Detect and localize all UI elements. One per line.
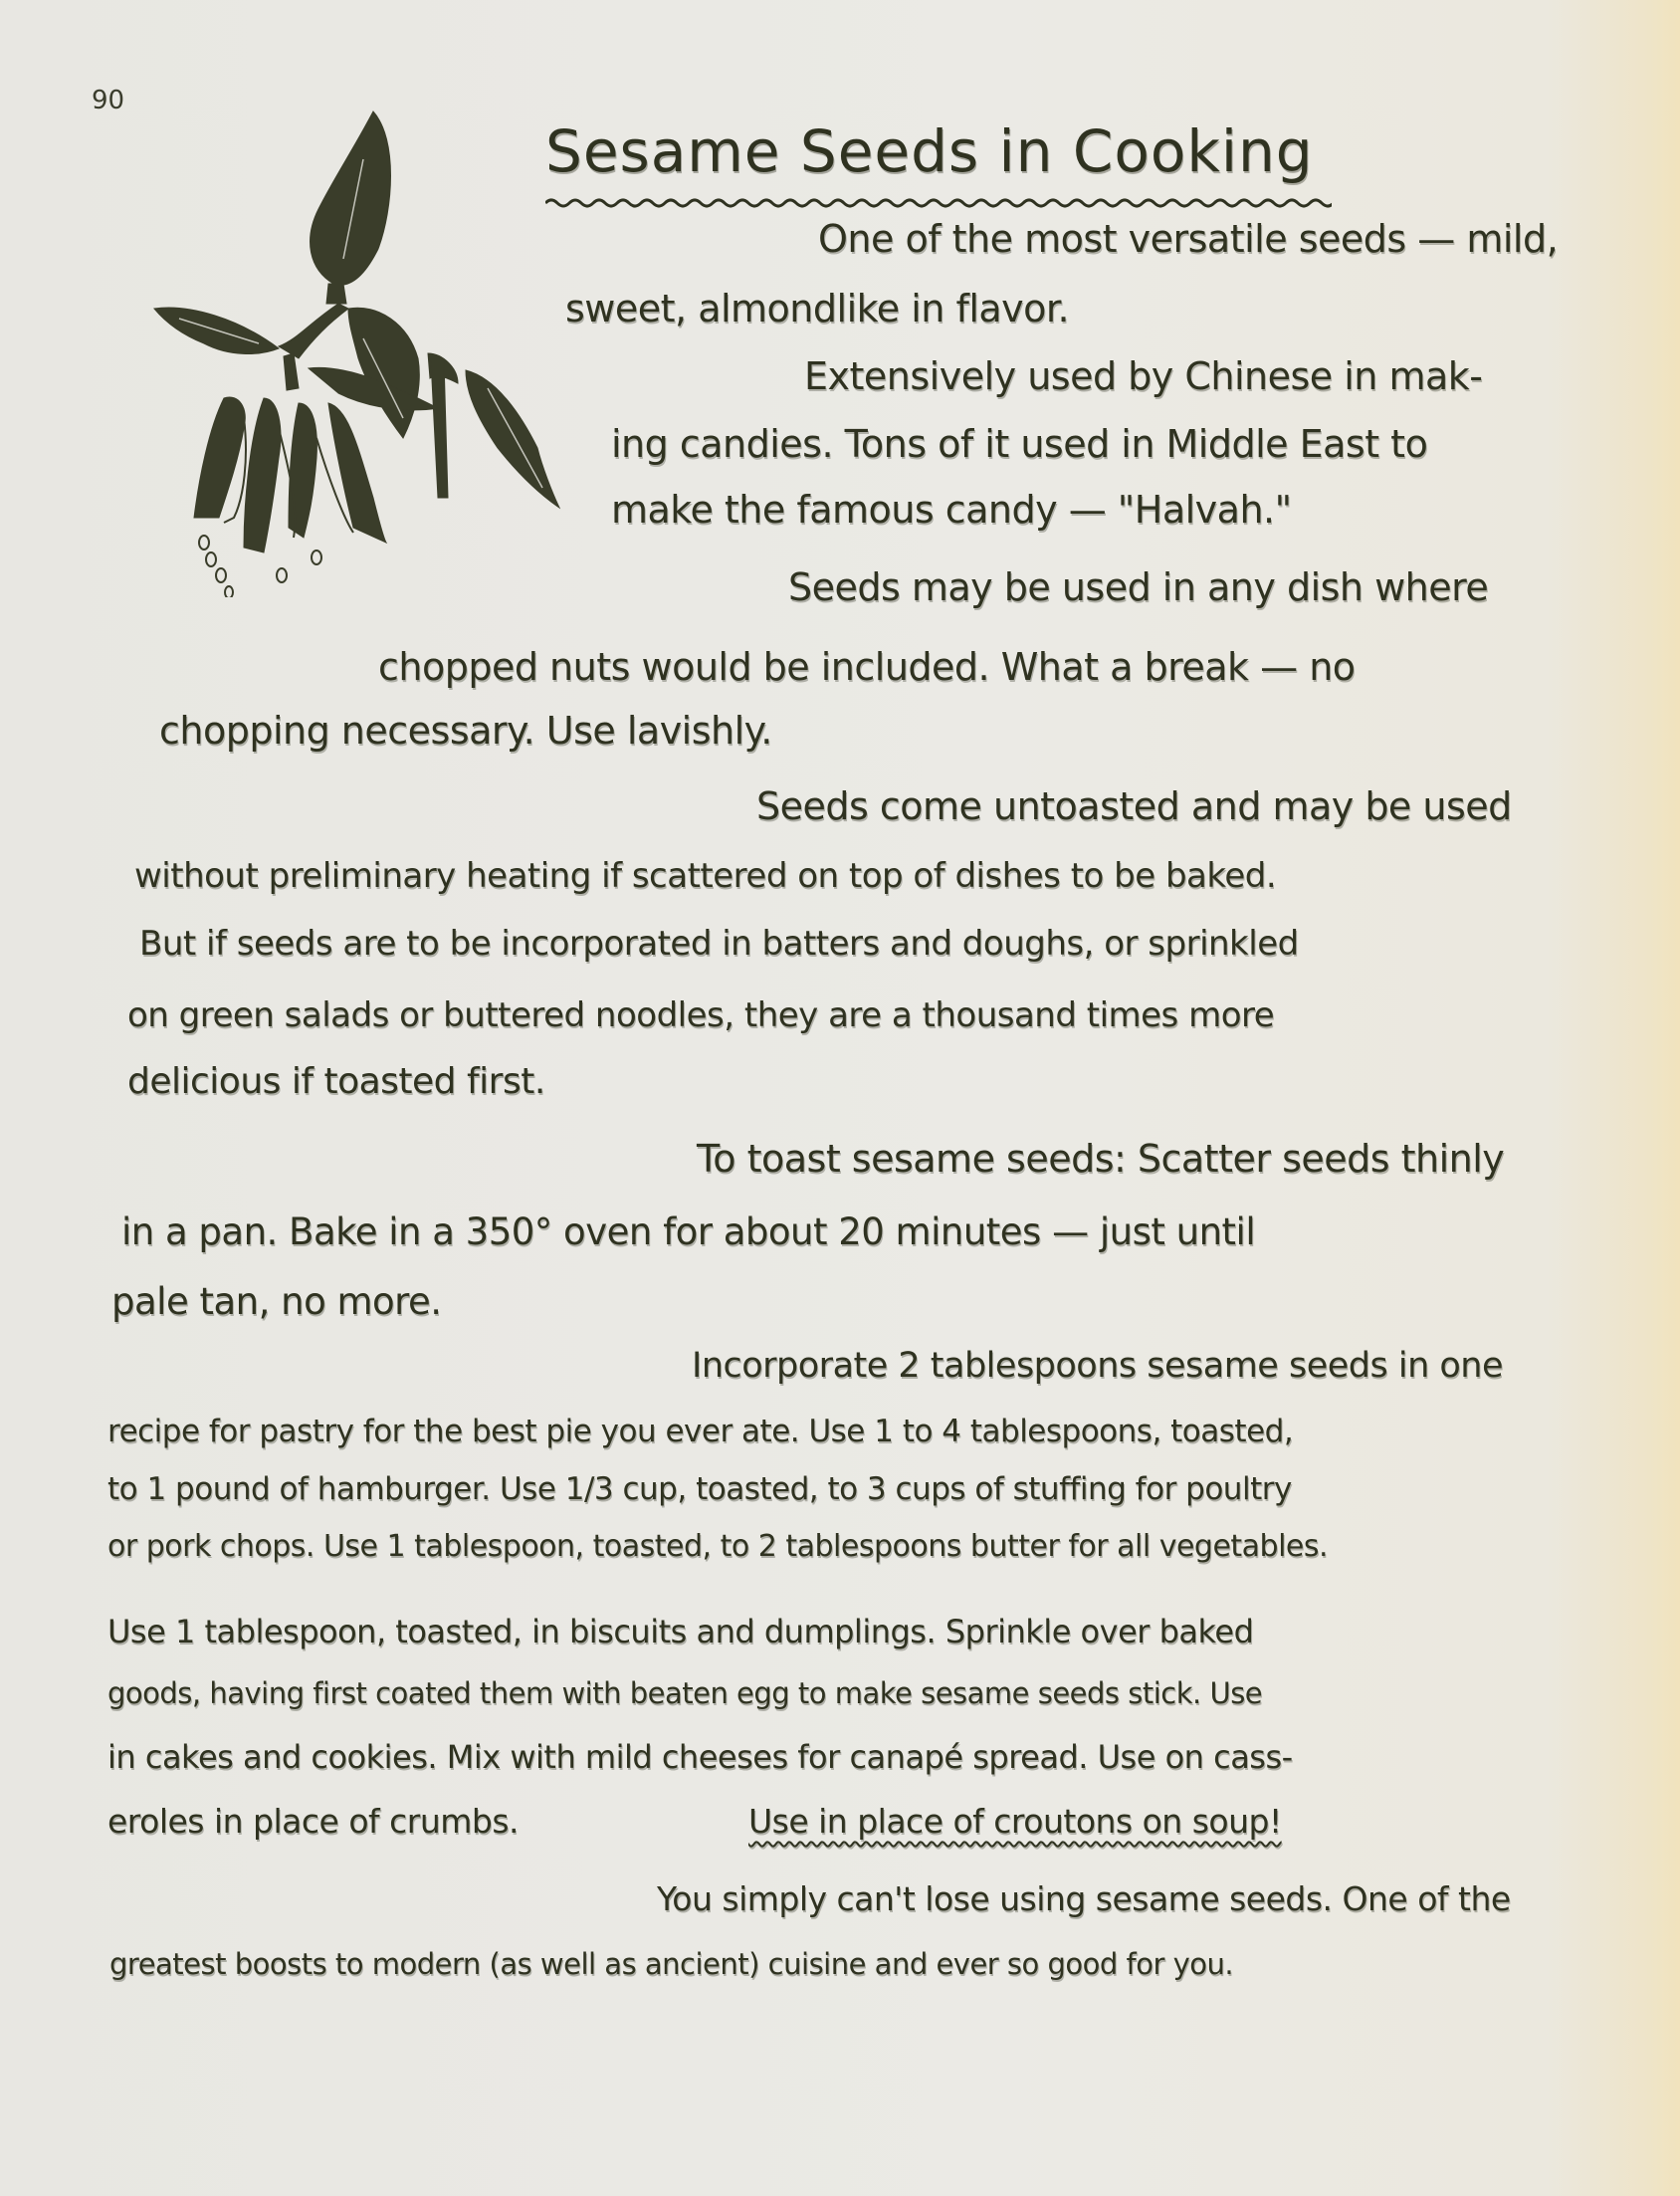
text-line: ing candies. Tons of it used in Middle E… [611,422,1427,466]
text-line: chopping necessary. Use lavishly. [159,709,772,753]
page-title: Sesame Seeds in Cooking [545,117,1314,185]
text-line: on green salads or buttered noodles, the… [127,995,1274,1035]
text-line: recipe for pastry for the best pie you e… [107,1414,1293,1449]
text-line: You simply can't lose using sesame seeds… [657,1879,1511,1918]
text-line: To toast sesame seeds: Scatter seeds thi… [697,1137,1504,1181]
text-line: But if seeds are to be incorporated in b… [139,924,1299,964]
text-line: Extensively used by Chinese in mak- [804,354,1483,398]
text-line: sweet, almondlike in flavor. [565,287,1069,330]
text-line: greatest boosts to modern (as well as an… [109,1947,1233,1981]
text-line: to 1 pound of hamburger. Use 1/3 cup, to… [107,1471,1292,1507]
text-line: Seeds may be used in any dish where [788,565,1488,609]
text-line: One of the most versatile seeds — mild, [818,217,1558,261]
text-line: in cakes and cookies. Mix with mild chee… [107,1738,1293,1776]
text-line: in a pan. Bake in a 350° oven for about … [121,1210,1255,1253]
text-line: Use 1 tablespoon, toasted, in biscuits a… [107,1613,1253,1650]
sesame-plant-illustration [149,100,597,597]
text-line: eroles in place of crumbs. [107,1802,519,1841]
text-line: pale tan, no more. [111,1280,442,1323]
text-line: chopped nuts would be included. What a b… [378,645,1356,689]
text-line: make the famous candy — "Halvah." [611,488,1292,532]
page-number: 90 [92,86,124,115]
text-line: without preliminary heating if scattered… [134,856,1276,896]
text-line: Incorporate 2 tablespoons sesame seeds i… [692,1346,1503,1386]
underlined-tip: Use in place of croutons on soup! [748,1802,1282,1841]
text-line: delicious if toasted first. [127,1061,545,1102]
text-line: or pork chops. Use 1 tablespoon, toasted… [107,1529,1328,1564]
book-page: 90 [0,0,1680,2196]
title-wavy-underline [545,197,1332,209]
text-line: goods, having first coated them with bea… [107,1676,1262,1710]
text-line: Seeds come untoasted and may be used [756,784,1512,828]
